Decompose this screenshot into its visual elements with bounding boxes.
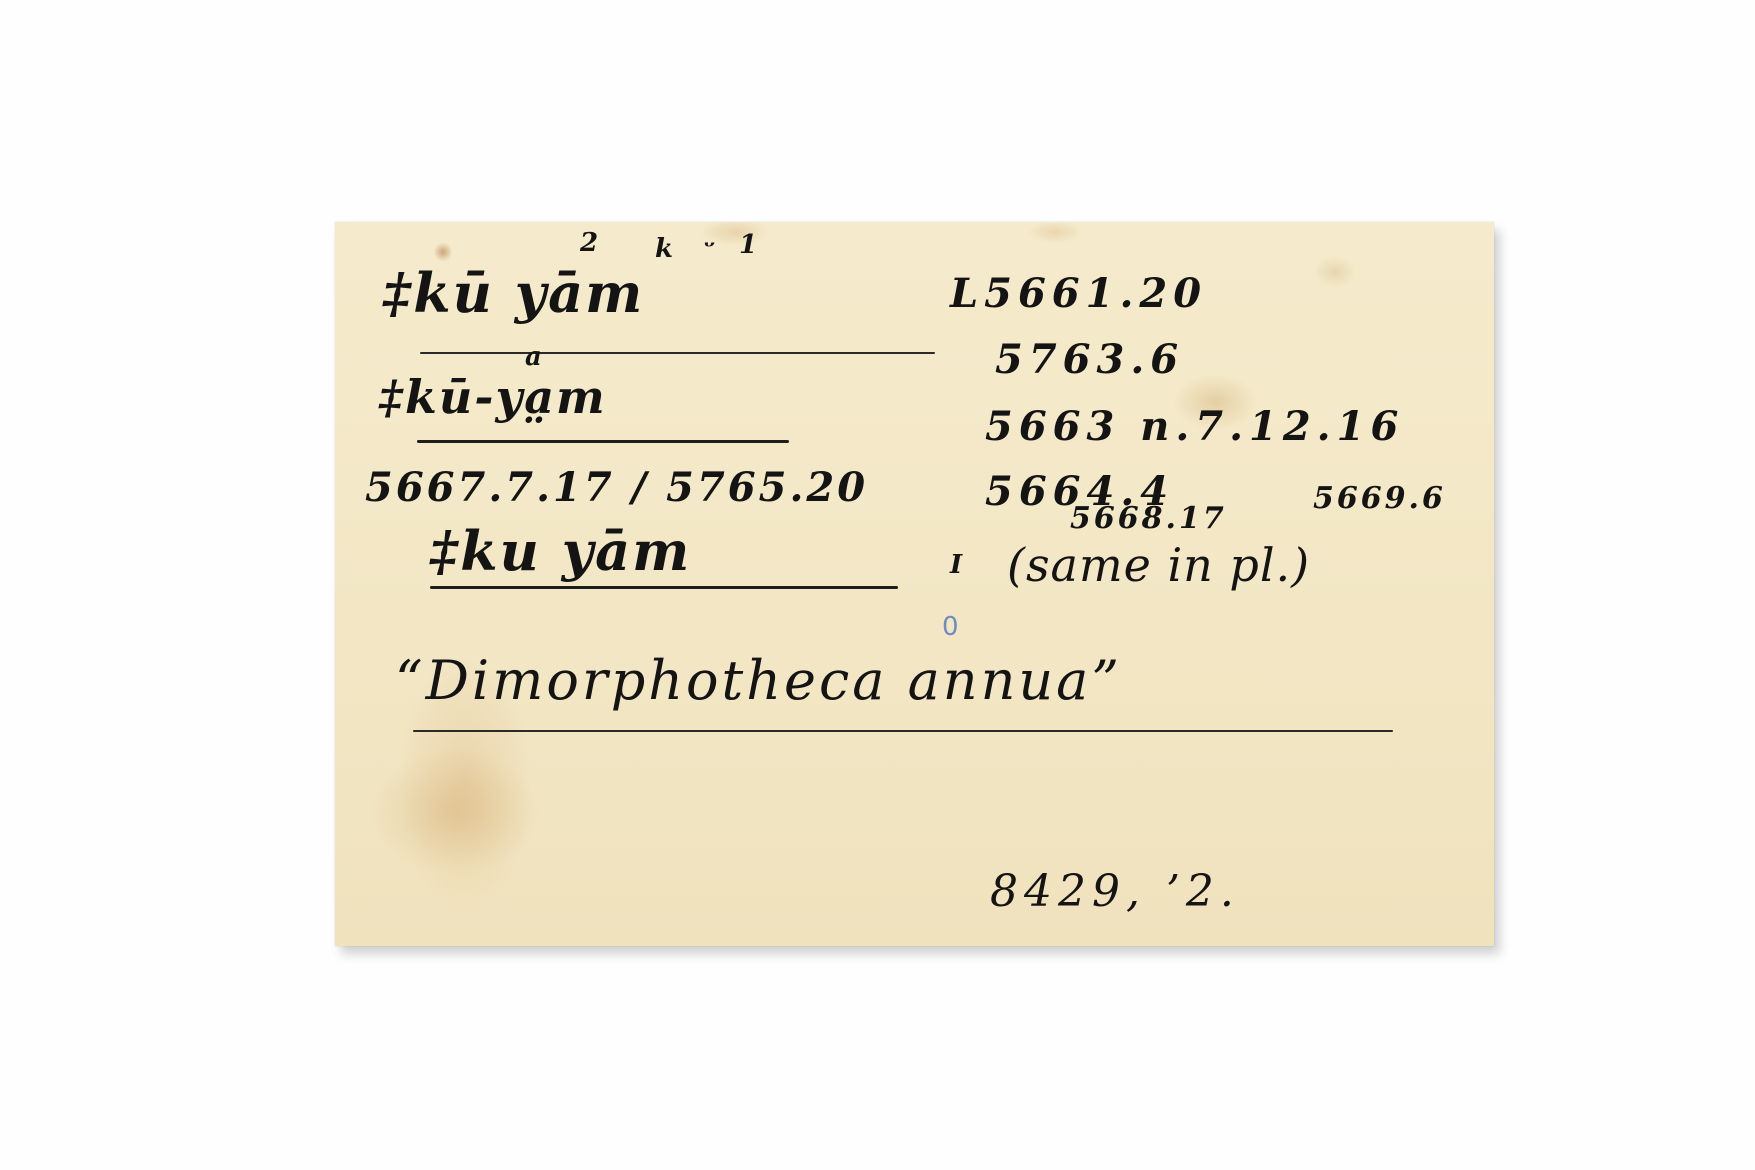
headword-4: ‡ku yām xyxy=(430,524,691,578)
tone-mark: 1 xyxy=(739,232,757,258)
photo-stage: 2 k ᵕ 1 ‡kū yām L5661.20 5763.6 a ‡kū-ya… xyxy=(0,0,1755,1170)
pencil-mark: 0 xyxy=(942,614,959,640)
plural-note: (same in pl.) xyxy=(1007,542,1310,588)
reference-3b: 5669.6 xyxy=(1313,484,1446,514)
tone-mark: ᵕ xyxy=(703,234,715,260)
tone-mark: k xyxy=(655,236,673,262)
headword-1: ‡kū yām xyxy=(383,266,644,320)
plural-mark: Ⅰ xyxy=(950,552,962,578)
underline-1 xyxy=(420,352,935,354)
species-name: “Dimorphotheca annua” xyxy=(395,654,1122,708)
catalog-number: 8429, ’2. xyxy=(990,870,1240,914)
references-left: 5667.7.17 / 5765.20 xyxy=(365,468,868,508)
tone-mark: a xyxy=(525,344,542,370)
headword-2: ‡kū-ya̤m xyxy=(379,374,607,420)
index-card: 2 k ᵕ 1 ‡kū yām L5661.20 5763.6 a ‡kū-ya… xyxy=(335,222,1494,946)
reference-1b: 5763.6 xyxy=(995,340,1184,380)
reference-1a: L5661.20 xyxy=(950,274,1207,314)
tone-mark: 2 xyxy=(580,230,598,256)
underline-2 xyxy=(417,440,789,443)
underline-4 xyxy=(430,586,898,589)
reference-3c: 5668.17 xyxy=(1070,504,1227,534)
reference-2a: 5663 n.7.12.16 xyxy=(985,407,1404,447)
species-underline xyxy=(413,730,1393,732)
